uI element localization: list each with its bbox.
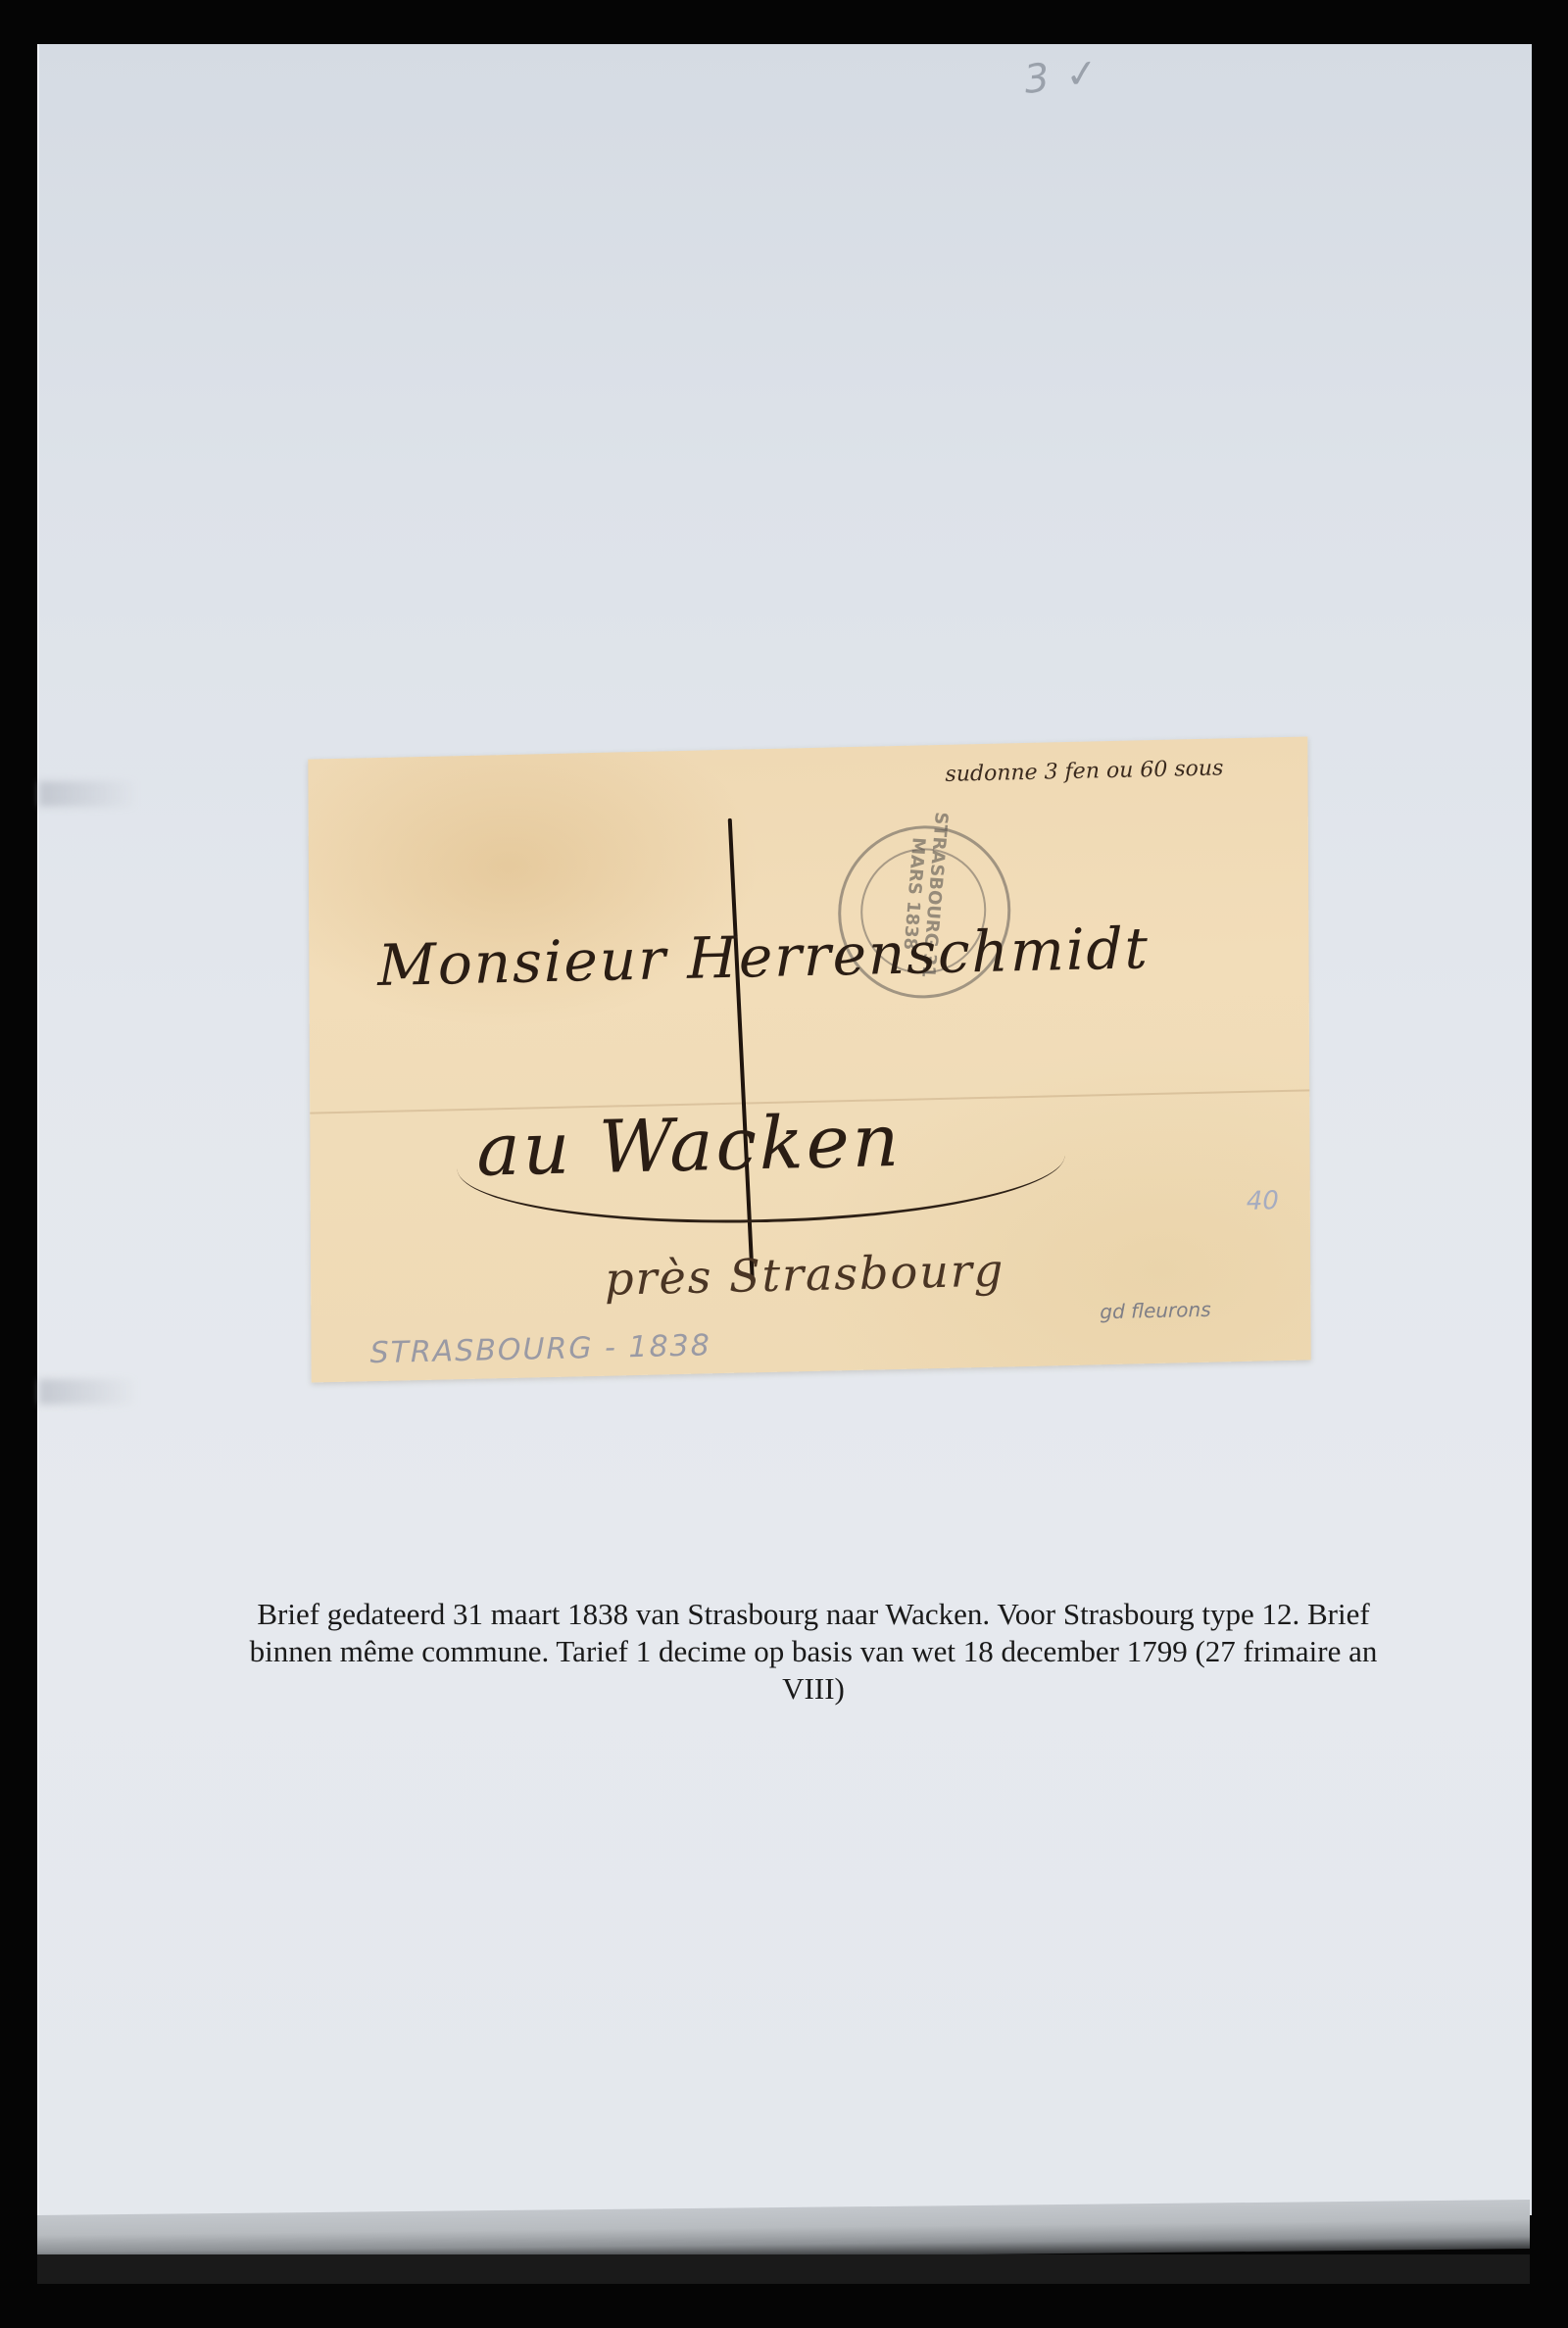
album-page: 3 ✓ sudonne 3 fen ou 60 sous STRASBOURG … — [37, 44, 1532, 2215]
envelope-top-note: sudonne 3 fen ou 60 sous — [945, 756, 1223, 786]
page-shadow — [39, 781, 137, 807]
letter-envelope: sudonne 3 fen ou 60 sous STRASBOURG 31 M… — [308, 736, 1310, 1382]
binding-shadow — [37, 2254, 1530, 2284]
pencil-quality-note: gd fleurons — [1100, 1298, 1210, 1324]
caption-line-2: binnen même commune. Tarief 1 decime op … — [176, 1633, 1450, 1670]
address-swash — [457, 1095, 1065, 1229]
address-line-3: près Strasbourg — [605, 1243, 1004, 1305]
caption-line-1: Brief gedateerd 31 maart 1838 van Strasb… — [176, 1596, 1450, 1633]
page-number-mark: 3 ✓ — [1022, 50, 1102, 103]
address-line-1: Monsieur Herrenschmidt — [377, 915, 1150, 999]
pencil-number: 40 — [1247, 1186, 1279, 1216]
pencil-place-date: STRASBOURG - 1838 — [369, 1328, 710, 1370]
description-caption: Brief gedateerd 31 maart 1838 van Strasb… — [176, 1596, 1450, 1708]
caption-line-3: VIII) — [176, 1670, 1450, 1708]
page-shadow — [39, 1379, 137, 1405]
